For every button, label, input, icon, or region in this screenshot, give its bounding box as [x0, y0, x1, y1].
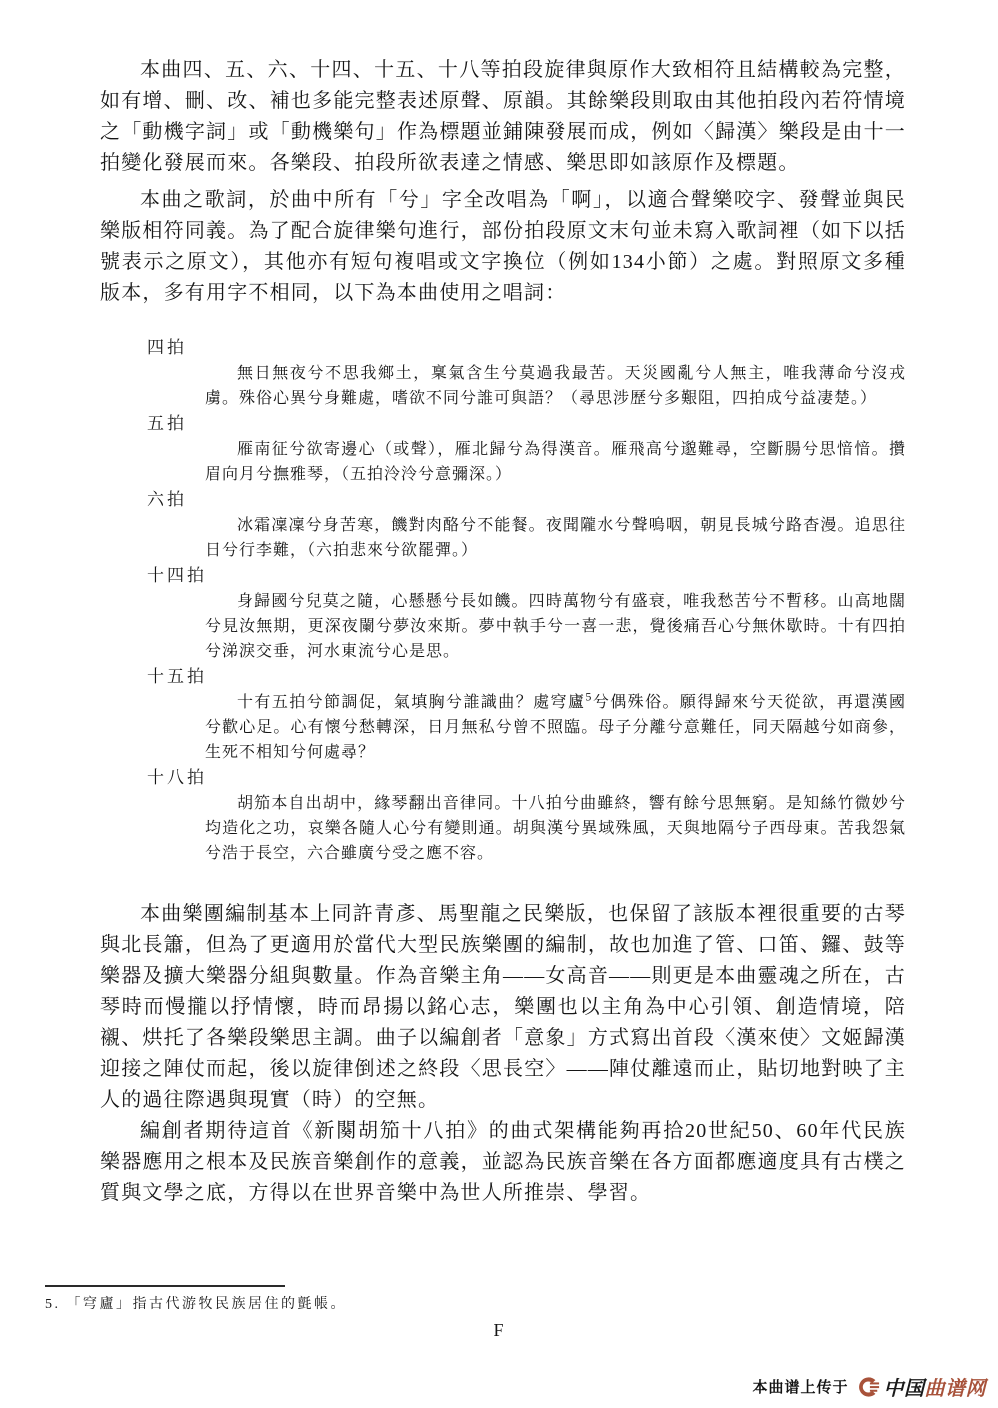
paragraph-orchestration: 本曲樂團編制基本上同許青彥、馬聖龍之民樂版，也保留了該版本裡很重要的古琴與北長簫…	[100, 899, 906, 1116]
lyric-section-text: 冰霜凜凜兮身苦寒，饑對肉酪兮不能餐。夜聞隴水兮聲嗚咽，朝見長城兮路杳漫。追思往日…	[205, 513, 906, 563]
page-number: F	[0, 1320, 998, 1341]
lyric-section-label: 五拍	[100, 411, 906, 437]
lyric-section-text: 十有五拍兮節調促，氣填胸兮誰識曲？處穹廬5兮偶殊俗。願得歸來兮天從欲，再還漢國兮…	[205, 690, 906, 765]
lyric-section-eighteen-beats: 十八拍 胡笳本自出胡中，緣琴翻出音律同。十八拍兮曲雖終，響有餘兮思無窮。是知絲竹…	[100, 765, 906, 866]
footnote-separator-rule	[45, 1285, 285, 1287]
paragraph-melody-structure: 本曲四、五、六、十四、十五、十八等拍段旋律與原作大致相符且結構較為完整，如有增、…	[100, 55, 906, 179]
lyric-section-fourteen-beats: 十四拍 身歸國兮兒莫之隨，心懸懸兮長如饑。四時萬物兮有盛衰，唯我愁苦兮不暫移。山…	[100, 563, 906, 664]
scanned-document-page: { "page": { "background": "#ffffff", "te…	[0, 0, 998, 1408]
lyrics-block: 四拍 無日無夜兮不思我鄉土，稟氣含生兮莫過我最苦。天災國亂兮人無主，唯我薄命兮沒…	[100, 335, 906, 866]
lyric-section-fifteen-beats: 十五拍 十有五拍兮節調促，氣填胸兮誰識曲？處穹廬5兮偶殊俗。願得歸來兮天從欲，再…	[100, 664, 906, 765]
site-logo-icon	[857, 1376, 881, 1398]
watermark-footer: 本曲谱上传于 中国曲谱网	[752, 1372, 986, 1401]
lyric-section-label: 十四拍	[100, 563, 906, 589]
footnote-text: 5. 「穹廬」指古代游牧民族居住的氈帳。	[45, 1295, 605, 1315]
paragraph-composer-vision: 編創者期待這首《新闋胡笳十八拍》的曲式架構能夠再拾20世紀50、60年代民族樂器…	[100, 1116, 906, 1209]
lyric-section-text: 身歸國兮兒莫之隨，心懸懸兮長如饑。四時萬物兮有盛衰，唯我愁苦兮不暫移。山高地闊兮…	[205, 589, 906, 664]
lyric-text-segment: 無日無夜兮不思我鄉土，稟氣含生兮莫過我最苦。天災國亂兮人無主，唯我薄命兮沒戎虜。…	[205, 365, 906, 407]
upload-label: 本曲谱上传于	[752, 1376, 848, 1397]
lyric-section-label: 六拍	[100, 487, 906, 513]
lyric-text-segment: 十有五拍兮節調促，氣填胸兮誰識曲？處穹廬	[237, 694, 585, 711]
lyric-section-label: 十五拍	[100, 664, 906, 690]
lyric-section-five-beats: 五拍 雁南征兮欲寄邊心（或聲），雁北歸兮為得漢音。雁飛高兮邈難尋，空斷腸兮思愔愔…	[100, 411, 906, 487]
lyric-section-label: 四拍	[100, 335, 906, 361]
paragraph-lyrics-intro: 本曲之歌詞，於曲中所有「兮」字全改唱為「啊」，以適合聲樂咬字、發聲並與民樂版相符…	[100, 185, 906, 309]
site-name-red: 曲谱网	[925, 1372, 987, 1401]
lyric-section-four-beats: 四拍 無日無夜兮不思我鄉土，稟氣含生兮莫過我最苦。天災國亂兮人無主，唯我薄命兮沒…	[100, 335, 906, 411]
footnote-area: 5. 「穹廬」指古代游牧民族居住的氈帳。	[45, 1285, 605, 1315]
lyric-text-segment: 胡笳本自出胡中，緣琴翻出音律同。十八拍兮曲雖終，響有餘兮思無窮。是知絲竹微妙兮均…	[205, 795, 906, 862]
lyric-section-text: 胡笳本自出胡中，緣琴翻出音律同。十八拍兮曲雖終，響有餘兮思無窮。是知絲竹微妙兮均…	[205, 791, 906, 866]
lyric-text-segment: 冰霜凜凜兮身苦寒，饑對肉酪兮不能餐。夜聞隴水兮聲嗚咽，朝見長城兮路杳漫。追思往日…	[205, 517, 906, 559]
lyric-text-segment: 雁南征兮欲寄邊心（或聲），雁北歸兮為得漢音。雁飛高兮邈難尋，空斷腸兮思愔愔。攢眉…	[205, 441, 906, 483]
lyric-section-label: 十八拍	[100, 765, 906, 791]
lyric-section-six-beats: 六拍 冰霜凜凜兮身苦寒，饑對肉酪兮不能餐。夜聞隴水兮聲嗚咽，朝見長城兮路杳漫。追…	[100, 487, 906, 563]
lyric-section-text: 雁南征兮欲寄邊心（或聲），雁北歸兮為得漢音。雁飛高兮邈難尋，空斷腸兮思愔愔。攢眉…	[205, 437, 906, 487]
document-body: 本曲四、五、六、十四、十五、十八等拍段旋律與原作大致相符且結構較為完整，如有增、…	[100, 55, 906, 1209]
site-name-black: 中国	[884, 1372, 925, 1401]
lyric-section-text: 無日無夜兮不思我鄉土，稟氣含生兮莫過我最苦。天災國亂兮人無主，唯我薄命兮沒戎虜。…	[205, 361, 906, 411]
lyric-text-segment: 身歸國兮兒莫之隨，心懸懸兮長如饑。四時萬物兮有盛衰，唯我愁苦兮不暫移。山高地闊兮…	[205, 593, 906, 660]
